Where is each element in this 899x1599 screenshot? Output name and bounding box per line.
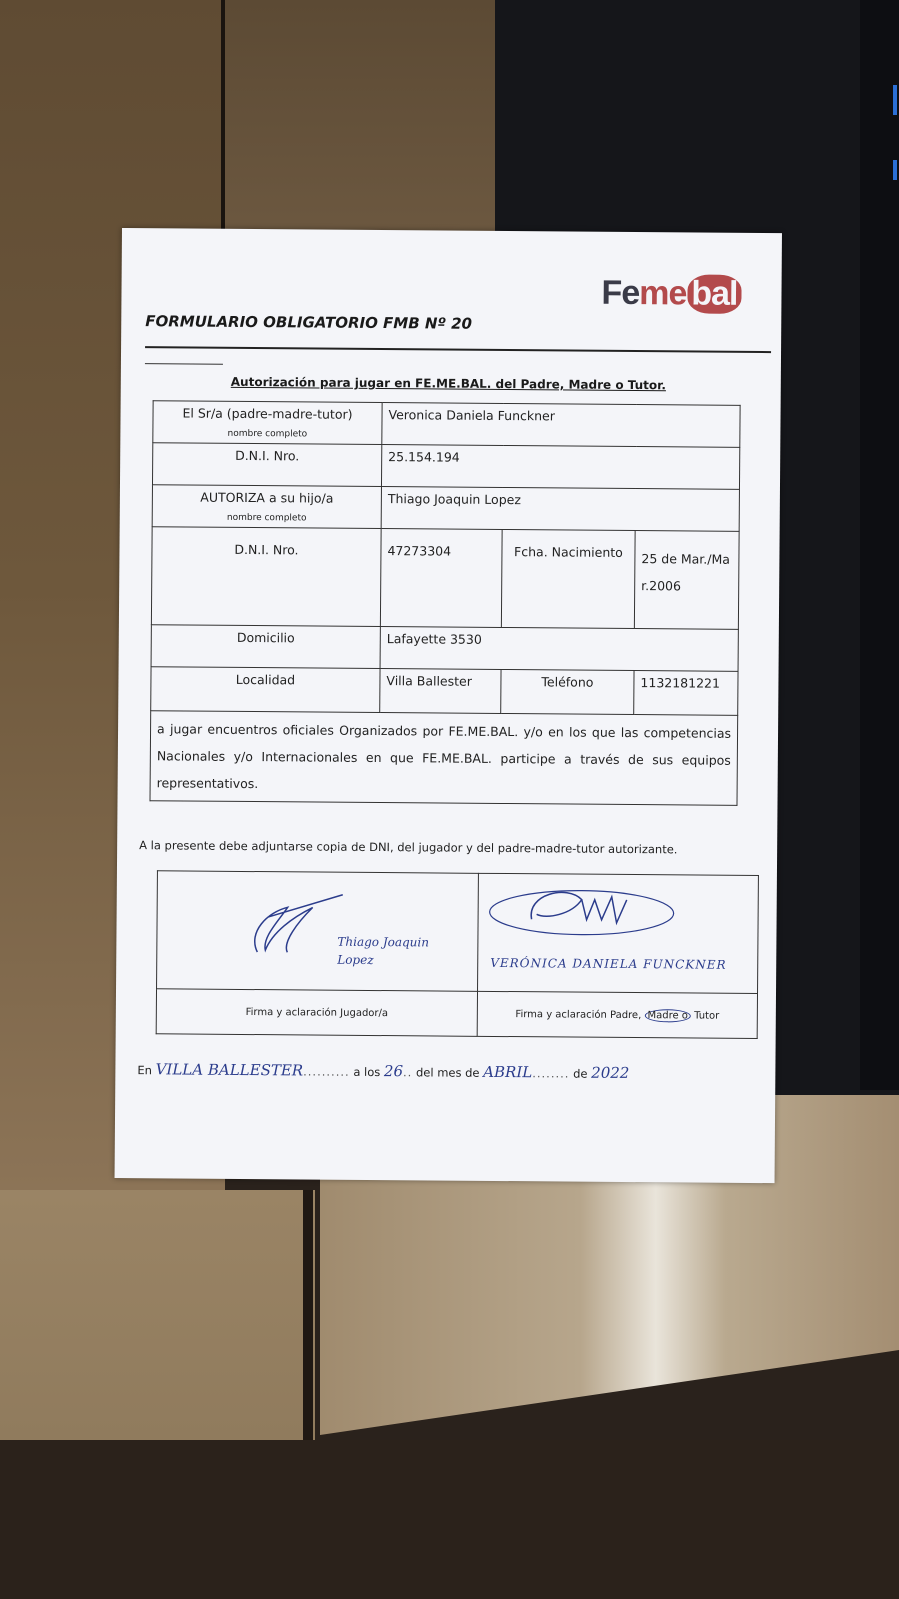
table-row: Localidad Villa Ballester Teléfono 11321… — [151, 667, 738, 716]
birth-date-field[interactable]: 25 de Mar./Mar.2006 — [634, 531, 739, 630]
caption-circled-option: Madre o — [644, 1009, 691, 1022]
authorization-table: El Sr/a (padre-madre-tutor) nombre compl… — [149, 400, 740, 806]
caption-part: Tutor — [694, 1010, 719, 1021]
a-los-label: a los — [353, 1065, 380, 1079]
caption-part: Firma y aclaración Padre, — [515, 1009, 641, 1021]
phone-field[interactable]: 1132181221 — [634, 671, 738, 716]
table-row: Domicilio Lafayette 3530 — [151, 625, 738, 672]
phone-label: Teléfono — [501, 669, 634, 714]
locality-label: Localidad — [151, 667, 380, 713]
player-handwritten-name: Thiago Joaquin Lopez — [337, 933, 467, 970]
locality-field[interactable]: Villa Ballester — [380, 669, 501, 714]
guardian-signature-caption: Firma y aclaración Padre, Madre o Tutor — [477, 991, 757, 1038]
form-paper: Femebal FORMULARIO OBLIGATORIO FMB Nº 20… — [115, 228, 782, 1183]
de-label: de — [573, 1067, 587, 1081]
guardian-label: El Sr/a (padre-madre-tutor) — [183, 405, 353, 421]
player-signature-caption: Firma y aclaración Jugador/a — [156, 989, 477, 1037]
address-label: Domicilio — [151, 625, 380, 669]
table-row: Firma y aclaración Jugador/a Firma y acl… — [156, 989, 757, 1039]
guardian-dni-label: D.N.I. Nro. — [152, 443, 381, 487]
guardian-handwritten-name: VERÓNICA DANIELA FUNCKNER — [490, 956, 726, 972]
table-row: AUTORIZA a su hijo/a nombre completo Thi… — [152, 485, 739, 532]
guardian-signature-box[interactable]: VERÓNICA DANIELA FUNCKNER — [478, 873, 759, 993]
logo-text-me: me — [639, 274, 686, 312]
guardian-signature-scribble — [486, 874, 687, 946]
child-dni-label: D.N.I. Nro. — [151, 527, 381, 627]
guardian-name-field[interactable]: Veronica Daniela Funckner — [382, 403, 740, 448]
logo-text-bal: bal — [687, 274, 741, 313]
logo-text-fe: Fe — [601, 274, 639, 312]
dotted-fill: .......... — [303, 1064, 350, 1078]
dotted-fill: ........ — [532, 1066, 569, 1080]
guardian-dni-field[interactable]: 25.154.194 — [381, 445, 739, 490]
divider — [145, 346, 771, 353]
day-field[interactable]: 26 — [384, 1062, 403, 1080]
background-seam — [221, 0, 225, 235]
table-row: Thiago Joaquin Lopez VERÓNICA DANIELA FU… — [157, 871, 759, 994]
divider-short — [145, 363, 223, 365]
table-row: D.N.I. Nro. 47273304 Fcha. Nacimiento 25… — [151, 527, 739, 630]
table-row: a jugar encuentros oficiales Organizados… — [150, 711, 738, 806]
child-name-field[interactable]: Thiago Joaquin Lopez — [381, 487, 739, 532]
child-sublabel: nombre completo — [159, 512, 375, 524]
authorization-text: a jugar encuentros oficiales Organizados… — [150, 711, 738, 806]
player-signature-scribble — [237, 892, 348, 963]
guardian-sublabel: nombre completo — [159, 428, 375, 440]
month-field[interactable]: ABRIL — [483, 1063, 532, 1081]
address-field[interactable]: Lafayette 3530 — [380, 627, 738, 672]
place-date-line: En VILLA BALLESTER.......... a los 26.. … — [137, 1060, 629, 1082]
guardian-label-cell: El Sr/a (padre-madre-tutor) nombre compl… — [153, 401, 382, 445]
en-label: En — [137, 1063, 152, 1077]
player-signature-box[interactable]: Thiago Joaquin Lopez — [157, 871, 479, 992]
background-floor — [0, 1440, 899, 1599]
femebal-logo: Femebal — [601, 274, 741, 314]
year-field[interactable]: 2022 — [591, 1064, 629, 1082]
table-row: El Sr/a (padre-madre-tutor) nombre compl… — [153, 401, 740, 448]
child-label-cell: AUTORIZA a su hijo/a nombre completo — [152, 485, 381, 529]
birth-date-label: Fcha. Nacimiento — [501, 529, 635, 628]
place-field[interactable]: VILLA BALLESTER — [156, 1060, 304, 1079]
signature-table: Thiago Joaquin Lopez VERÓNICA DANIELA FU… — [156, 870, 759, 1039]
form-subtitle: Autorización para jugar en FE.ME.BAL. de… — [231, 375, 666, 392]
table-row: D.N.I. Nro. 25.154.194 — [152, 443, 739, 490]
form-title: FORMULARIO OBLIGATORIO FMB Nº 20 — [145, 312, 472, 333]
attachment-note: A la presente debe adjuntarse copia de D… — [139, 838, 677, 856]
child-dni-field[interactable]: 47273304 — [380, 529, 502, 628]
dotted-fill: .. — [403, 1065, 412, 1079]
background-seam — [303, 1190, 313, 1445]
background-surface — [0, 1190, 315, 1465]
child-label: AUTORIZA a su hijo/a — [200, 490, 333, 506]
background-surface — [225, 0, 500, 235]
mes-label: del mes de — [416, 1065, 480, 1079]
background-light — [893, 85, 897, 115]
background-light — [893, 160, 897, 180]
